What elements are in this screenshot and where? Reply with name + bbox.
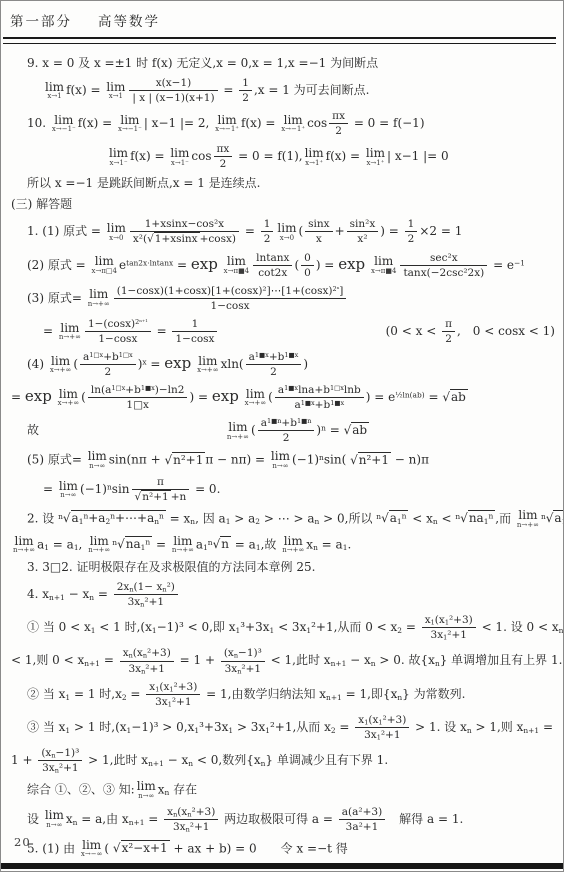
formula-line: (5) 原式= limn→∞sin(nπ + √n²+1π − nπ) = li… bbox=[27, 450, 555, 470]
formula-line: = exp limx→+∞(ln(a1□x+b1■x)−ln21□x) = ex… bbox=[11, 384, 555, 411]
line-formula: = limn→+∞1−(cosx)2n+11−cosx = 11−cosx bbox=[43, 318, 219, 345]
formula-line: ① 当 0 < x1 < 1 时,(x1−1)³ < 0,即 x1³+3x1 <… bbox=[27, 614, 555, 641]
formula-line: (4) limx→+∞(a1□x+b1□x2)x = exp limx→+∞xl… bbox=[27, 351, 555, 378]
line-condition-note: (0 < x < π2, 0 < cosx < 1) bbox=[386, 318, 555, 345]
line-left-label: 故 bbox=[27, 423, 39, 438]
formula-line: limn→+∞a1 = a1, limn→+∞n√na1n = limn→+∞a… bbox=[11, 535, 555, 555]
formula-line: 9. x = 0 及 x =±1 时 f(x) 无定义,x = 0,x = 1,… bbox=[27, 56, 555, 71]
page-header: 第一部分高等数学 bbox=[1, 1, 563, 30]
header-part-title: 第一部分 bbox=[10, 14, 72, 30]
formula-line: (2) 原式 = limx→π□4etan2x·lntanx = exp lim… bbox=[27, 252, 555, 279]
formula-line: 5. (1) 由 limx→−∞( √x²−x+1 + ax + b) = 0 … bbox=[27, 839, 555, 859]
formula-line: (三) 解答题 bbox=[11, 197, 555, 212]
page-number: 20 bbox=[14, 835, 31, 849]
formula-line: ② 当 x1 = 1 时,x2 = x1(x1²+3)3x1²+1 = 1,由数… bbox=[27, 681, 555, 708]
formula-line: (3) 原式= limn→+∞(1−cosx)(1+cosx)[1+(cosx)… bbox=[27, 285, 555, 312]
formula-line: 综合 ①、②、③ 知:limn→∞xn 存在 bbox=[27, 780, 555, 800]
formula-line: 故limn→+∞(a1■n+b1■n2)n = √ab bbox=[27, 417, 555, 444]
line-centered-formula: limn→+∞(a1■n+b1■n2)n = √ab bbox=[39, 417, 555, 444]
formula-line: = limn→+∞1−(cosx)2n+11−cosx = 11−cosx(0 … bbox=[43, 318, 555, 345]
formula-line: 1. (1) 原式 = limx→01+xsinx−cos²xx²(√1+xsi… bbox=[27, 218, 555, 245]
formula-line: 3. 3□2. 证明极限存在及求极限值的方法同本章例 25. bbox=[27, 560, 555, 575]
formula-line: ③ 当 x1 > 1 时,(x1−1)³ > 0,x1³+3x1 > 3x1²+… bbox=[27, 714, 555, 741]
formula-line: = limn→∞(−1)nsinπ√n²+1+n = 0. bbox=[43, 476, 555, 503]
solutions-content: 9. x = 0 及 x =±1 时 f(x) 无定义,x = 0,x = 1,… bbox=[1, 44, 563, 858]
formula-line: < 1,则 0 < xn+1 = xn(xn²+3)3xn²+1 = 1 + (… bbox=[11, 647, 555, 674]
formula-line: 2. 设 n√a1n+a2n+⋯+ann = xn, 因 a1 > a2 > ⋯… bbox=[27, 509, 555, 529]
formula-line: 1 + (xn−1)³3xn²+1 > 1,此时 xn+1 − xn < 0,数… bbox=[11, 747, 555, 774]
formula-line: 10. limx→−1⁻f(x) = limx→−1⁻| x−1 |= 2, l… bbox=[27, 110, 555, 137]
formula-line: 所以 x =−1 是跳跃间断点,x = 1 是连续点. bbox=[27, 176, 555, 191]
formula-line: 设 limn→∞xn = a,由 xn+1 = xn(xn²+3)3xn²+1 … bbox=[27, 806, 555, 833]
scan-edge-bar bbox=[1, 863, 563, 869]
formula-line: 4. xn+1 − xn = 2xn(1− xn²)3xn²+1 bbox=[27, 581, 555, 608]
formula-line: limx→1f(x) = limx→1x(x−1)| x | (x−1)(x+1… bbox=[43, 77, 555, 104]
header-subject-title: 高等数学 bbox=[98, 14, 160, 30]
formula-line: limx→1⁻f(x) = limx→1⁻cosπx2 = 0 = f(1),l… bbox=[107, 143, 555, 170]
header-double-rule bbox=[3, 37, 556, 44]
